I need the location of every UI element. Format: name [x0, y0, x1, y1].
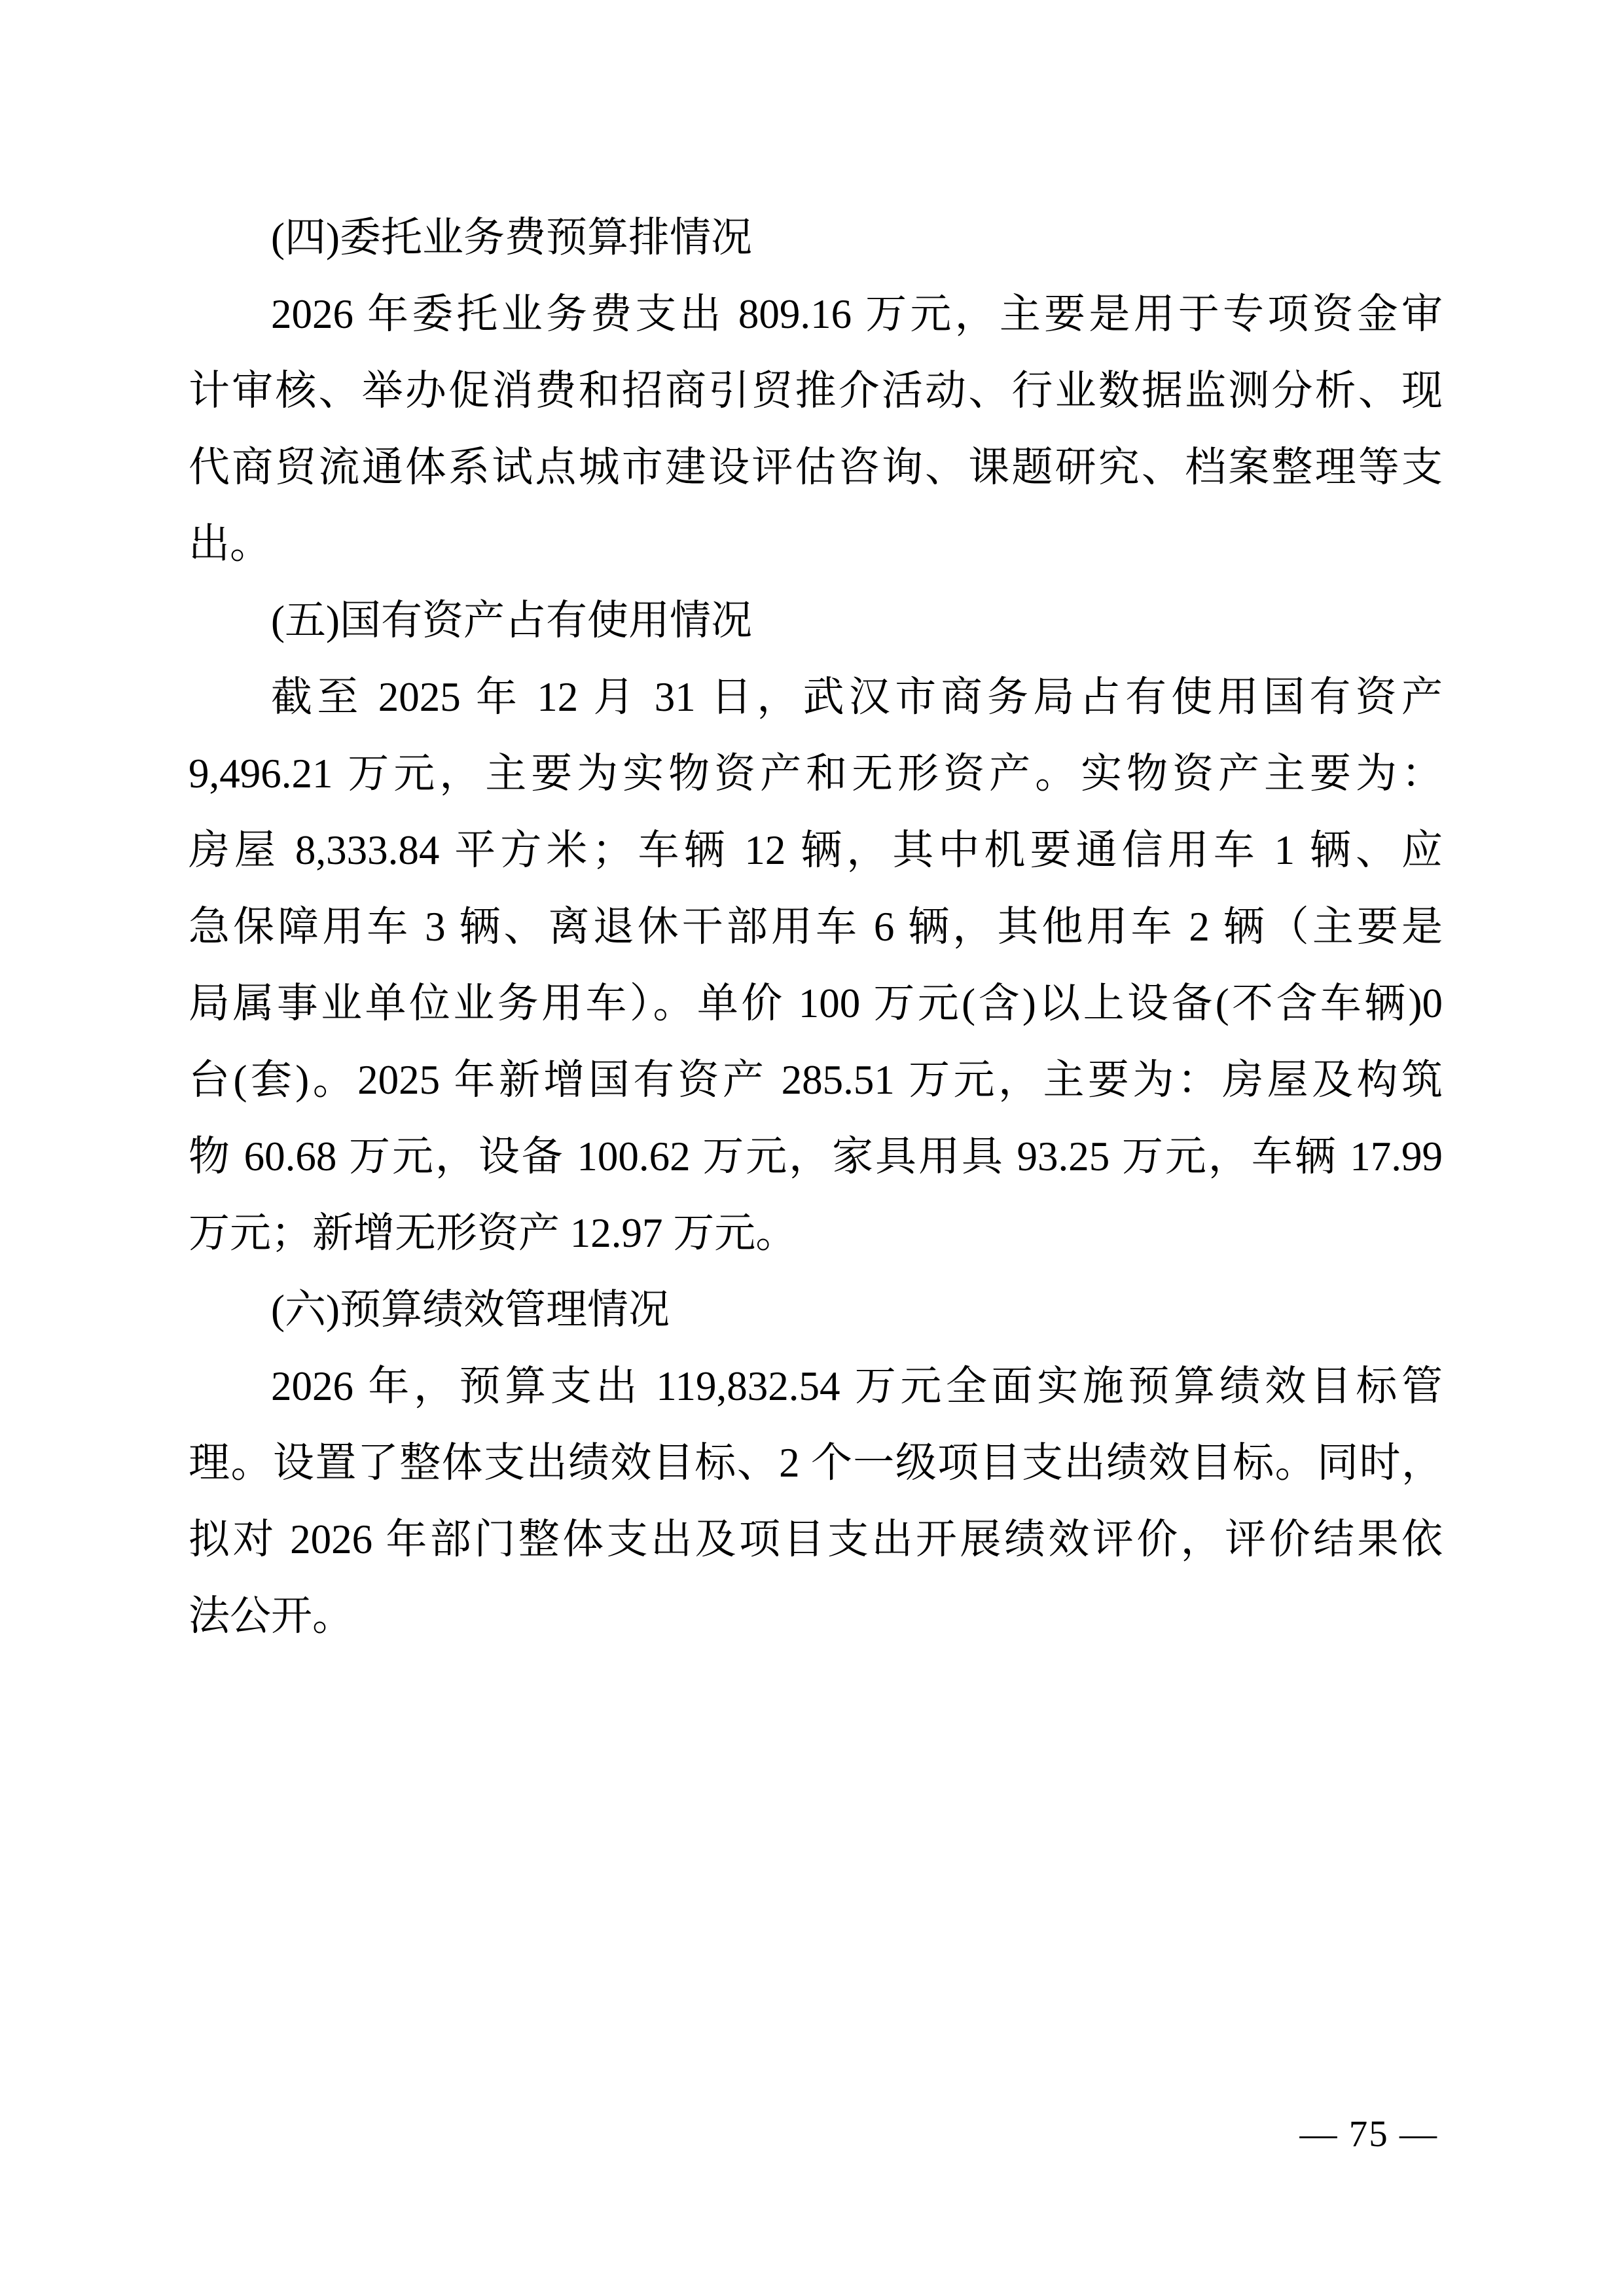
body-line: 物 60.68 万元，设备 100.62 万元，家具用具 93.25 万元，车辆…	[189, 1119, 1443, 1195]
body-line: 2026 年，预算支出 119,832.54 万元全面实施预算绩效目标管	[189, 1348, 1443, 1425]
body-line: 代商贸流通体系试点城市建设评估咨询、课题研究、档案整理等支	[189, 429, 1443, 506]
body-line: 拟对 2026 年部门整体支出及项目支出开展绩效评价，评价结果依	[189, 1501, 1443, 1578]
page-number: — 75 —	[1300, 2111, 1439, 2157]
section-heading: (五)国有资产占有使用情况	[189, 583, 1443, 659]
body-line: 法公开。	[189, 1578, 1443, 1655]
body-line: 截至 2025 年 12 月 31 日，武汉市商务局占有使用国有资产	[189, 659, 1443, 736]
body-line: 万元；新增无形资产 12.97 万元。	[189, 1195, 1443, 1272]
body-line: 房屋 8,333.84 平方米；车辆 12 辆，其中机要通信用车 1 辆、应	[189, 812, 1443, 889]
body-line: 2026 年委托业务费支出 809.16 万元，主要是用于专项资金审	[189, 276, 1443, 353]
body-line: 计审核、举办促消费和招商引贸推介活动、行业数据监测分析、现	[189, 353, 1443, 429]
document-page: (四)委托业务费预算排情况2026 年委托业务费支出 809.16 万元，主要是…	[0, 0, 1624, 2296]
body-line: 出。	[189, 506, 1443, 583]
body-line: 局属事业单位业务用车）。单价 100 万元(含)以上设备(不含车辆)0	[189, 965, 1443, 1042]
body-line: 台(套)。2025 年新增国有资产 285.51 万元，主要为：房屋及构筑	[189, 1042, 1443, 1119]
section-heading: (六)预算绩效管理情况	[189, 1272, 1443, 1348]
body-line: 9,496.21 万元，主要为实物资产和无形资产。实物资产主要为：	[189, 736, 1443, 812]
body-line: 急保障用车 3 辆、离退休干部用车 6 辆，其他用车 2 辆（主要是	[189, 889, 1443, 965]
section-heading: (四)委托业务费预算排情况	[189, 200, 1443, 276]
body-line: 理。设置了整体支出绩效目标、2 个一级项目支出绩效目标。同时，	[189, 1425, 1443, 1501]
document-body: (四)委托业务费预算排情况2026 年委托业务费支出 809.16 万元，主要是…	[189, 200, 1443, 1655]
